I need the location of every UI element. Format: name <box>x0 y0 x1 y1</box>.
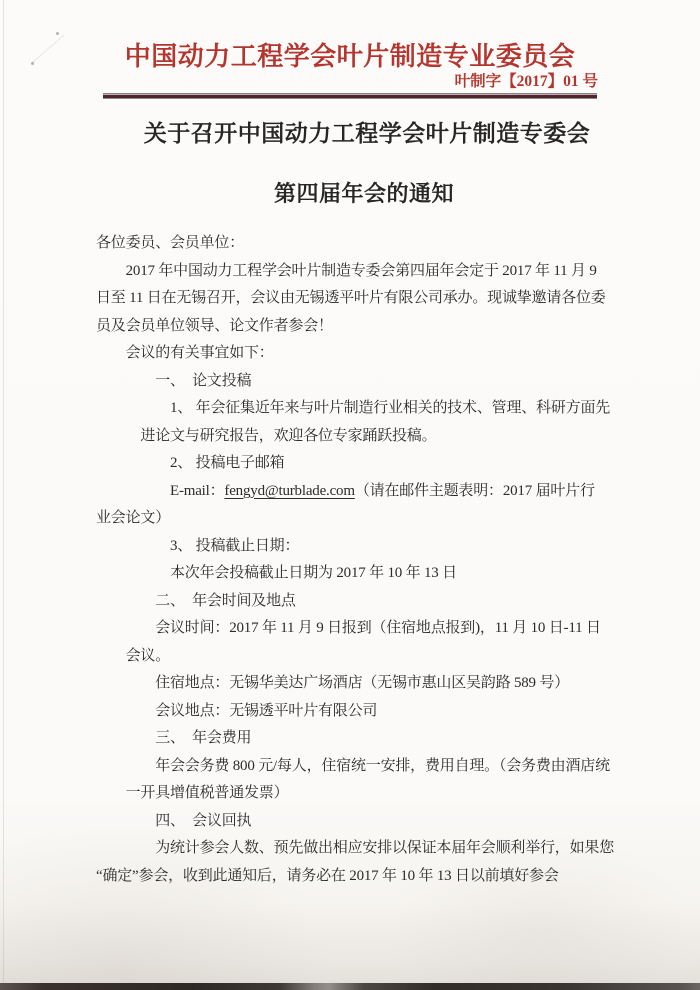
body-line: 业会论文） <box>96 505 656 533</box>
body-text: 四、 会议回执 <box>96 813 251 829</box>
body-text: “确定”参会，收到此通知后，请务必在 2017 年 10 年 13 日以前填好参… <box>96 868 559 884</box>
body-line: 2、 投稿电子邮箱 <box>96 450 656 478</box>
body-line: 年会会务费 800 元/每人，住宿统一安排，费用自理。（会务费由酒店统 <box>96 753 656 781</box>
body-line: 进论文与研究报告，欢迎各位专家踊跃投稿。 <box>96 423 656 451</box>
body-line: 会议地点：无锡透平叶片有限公司 <box>96 698 656 726</box>
body-text: （请在邮件主题表明：2017 届叶片行 <box>355 483 595 499</box>
notice-title-line2: 第四届年会的通知 <box>0 180 700 208</box>
letterhead-rule <box>103 93 597 99</box>
body-line: 住宿地点：无锡华美达广场酒店（无锡市惠山区吴韵路 589 号） <box>96 670 656 698</box>
body-text: 日至 11 日在无锡召开，会议由无锡透平叶片有限公司承办。现诚挚邀请各位委 <box>96 290 606 306</box>
body-text: 会议。 <box>96 648 170 664</box>
body-line: 一、 论文投稿 <box>96 368 656 396</box>
letterhead-org-name: 中国动力工程学会叶片制造专业委员会 <box>0 40 700 74</box>
body-line: 3、 投稿截止日期： <box>96 533 656 561</box>
body-line: “确定”参会，收到此通知后，请务必在 2017 年 10 年 13 日以前填好参… <box>96 863 656 891</box>
scan-speck <box>56 32 59 35</box>
body-line: 本次年会投稿截止日期为 2017 年 10 年 13 日 <box>96 560 656 588</box>
body-text: 本次年会投稿截止日期为 2017 年 10 年 13 日 <box>96 565 457 581</box>
body-text: 员及会员单位领导、论文作者参会！ <box>96 318 333 334</box>
body-text: 各位委员、会员单位： <box>96 235 244 251</box>
body-text: 3、 投稿截止日期： <box>96 538 299 554</box>
body-text: 一、 论文投稿 <box>96 373 251 389</box>
body-text: 1、 年会征集近年来与叶片制造行业相关的技术、管理、科研方面先 <box>96 400 610 416</box>
letterhead-doc-number: 叶制字【2017】01 号 <box>455 71 598 93</box>
body-line: 2017 年中国动力工程学会叶片制造专委会第四届年会定于 2017 年 11 月… <box>96 258 656 286</box>
body-text: E-mail： <box>96 483 224 499</box>
body-line: 三、 年会费用 <box>96 725 656 753</box>
body-line: 各位委员、会员单位： <box>96 230 656 258</box>
email-address: fengyd@turblade.com <box>224 483 354 499</box>
body-line: 员及会员单位领导、论文作者参会！ <box>96 313 656 341</box>
body-text: 二、 年会时间及地点 <box>96 593 296 609</box>
body-text: 2、 投稿电子邮箱 <box>96 455 284 471</box>
body-text: 住宿地点：无锡华美达广场酒店（无锡市惠山区吴韵路 589 号） <box>96 675 569 691</box>
scanned-notice-page: 中国动力工程学会叶片制造专业委员会 叶制字【2017】01 号 关于召开中国动力… <box>0 0 700 990</box>
body-line: 二、 年会时间及地点 <box>96 588 656 616</box>
body-text: 一开具增值税普通发票） <box>96 785 288 801</box>
body-line: 会议的有关事宜如下： <box>96 340 656 368</box>
body-text: 会议的有关事宜如下： <box>96 345 274 361</box>
body-text: 进论文与研究报告，欢迎各位专家踊跃投稿。 <box>96 428 436 444</box>
body-line: 会议时间：2017 年 11 月 9 日报到（住宿地点报到)，11 月 10 日… <box>96 615 656 643</box>
body-text: 为统计参会人数、预先做出相应安排以保证本届年会顺利举行，如果您 <box>96 840 614 856</box>
body-text: 三、 年会费用 <box>96 730 251 746</box>
body-line: 日至 11 日在无锡召开，会议由无锡透平叶片有限公司承办。现诚挚邀请各位委 <box>96 285 656 313</box>
body-line: 四、 会议回执 <box>96 808 656 836</box>
body-text: 会议时间：2017 年 11 月 9 日报到（住宿地点报到)，11 月 10 日… <box>96 620 601 636</box>
scan-bottom-edge <box>0 983 700 990</box>
body-text: 会议地点：无锡透平叶片有限公司 <box>96 703 377 719</box>
notice-title-line1: 关于召开中国动力工程学会叶片制造专委会 <box>0 120 700 148</box>
body-text: 业会论文） <box>96 510 170 526</box>
body-line: E-mail：fengyd@turblade.com（请在邮件主题表明：2017… <box>96 478 656 506</box>
scan-bottom-shadow <box>0 903 700 983</box>
body-line: 为统计参会人数、预先做出相应安排以保证本届年会顺利举行，如果您 <box>96 835 656 863</box>
body-line: 一开具增值税普通发票） <box>96 780 656 808</box>
body-text: 2017 年中国动力工程学会叶片制造专委会第四届年会定于 2017 年 11 月… <box>96 263 597 279</box>
body-line: 1、 年会征集近年来与叶片制造行业相关的技术、管理、科研方面先 <box>96 395 656 423</box>
notice-body: 各位委员、会员单位： 2017 年中国动力工程学会叶片制造专委会第四届年会定于 … <box>96 230 656 890</box>
body-line: 会议。 <box>96 643 656 671</box>
body-text: 年会会务费 800 元/每人，住宿统一安排，费用自理。（会务费由酒店统 <box>96 758 610 774</box>
